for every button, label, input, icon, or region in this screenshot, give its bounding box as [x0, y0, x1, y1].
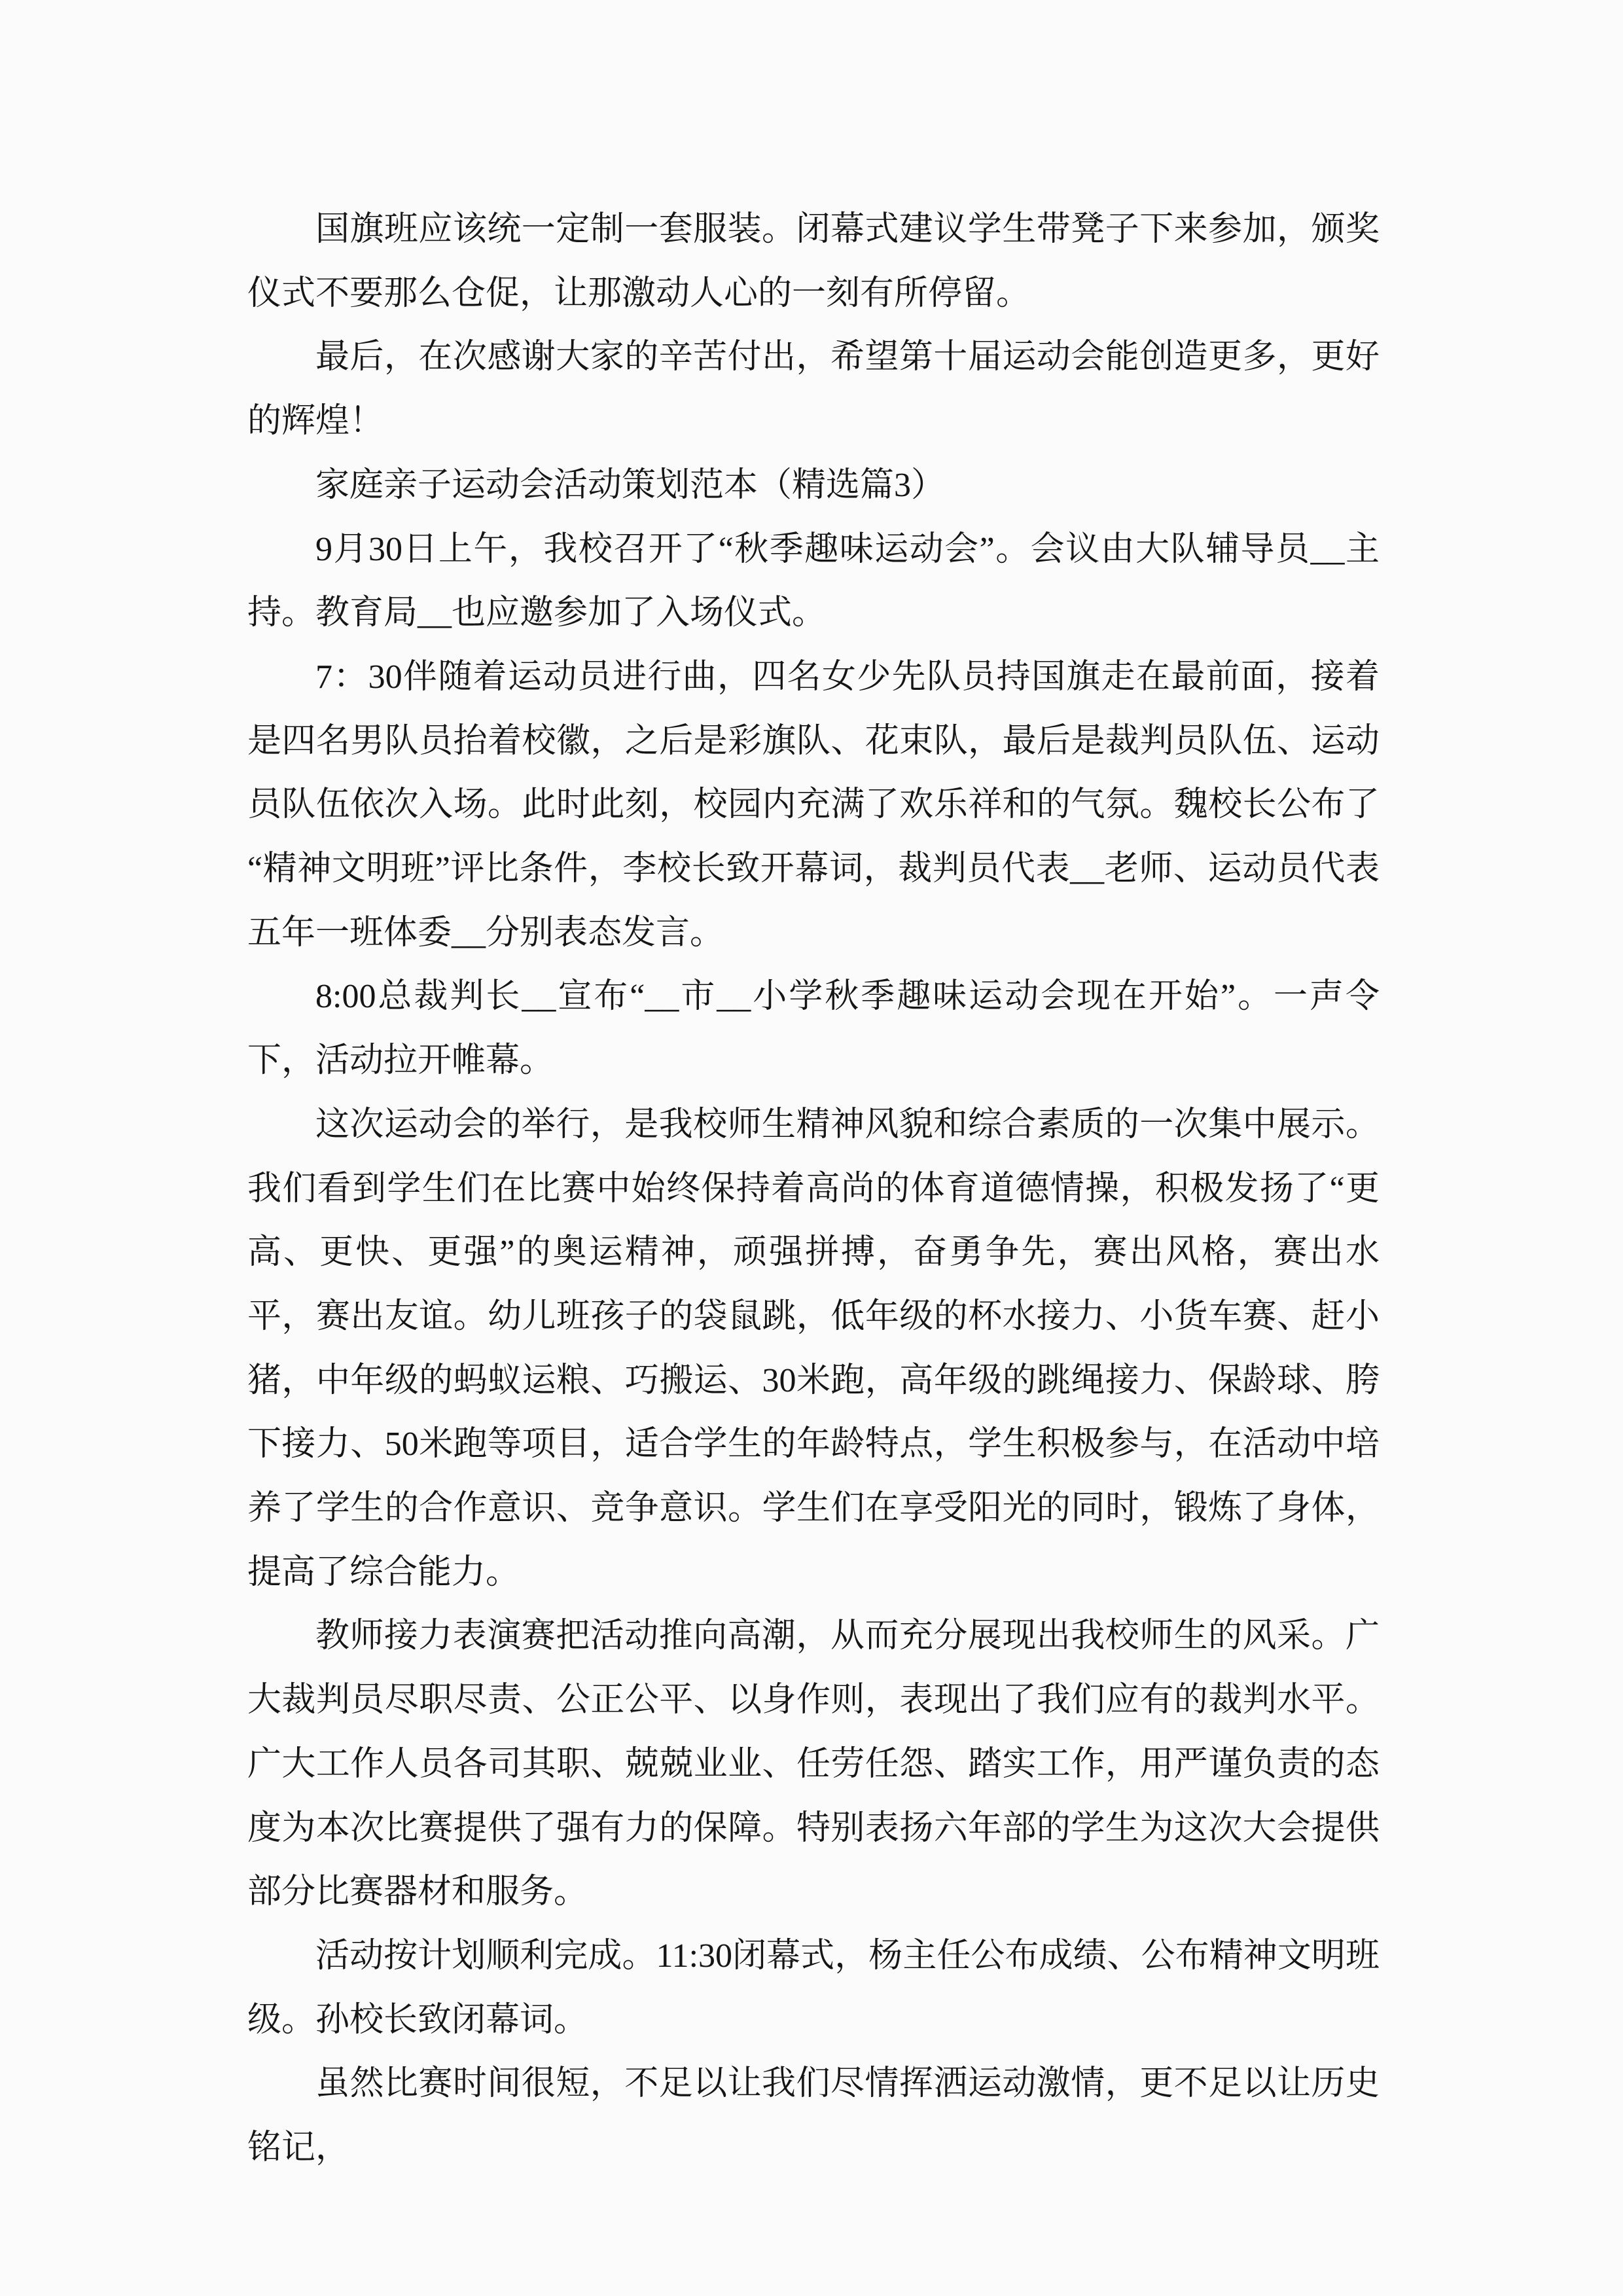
paragraph-events-summary: 这次运动会的举行，是我校师生精神风貌和综合素质的一次集中展示。我们看到学生们在比…	[247, 1093, 1380, 1605]
paragraph-closing-ceremony: 活动按计划顺利完成。11:30闭幕式，杨主任公布成绩、公布精神文明班级。孙校长致…	[247, 1924, 1380, 2052]
paragraph-thanks: 最后，在次感谢大家的辛苦付出，希望第十届运动会能创造更多，更好的辉煌！	[247, 325, 1380, 453]
paragraph-closing-suggestion: 国旗班应该统一定制一套服装。闭幕式建议学生带凳子下来参加，颁奖仪式不要那么仓促，…	[247, 198, 1380, 325]
paragraph-section-title: 家庭亲子运动会活动策划范本（精选篇3）	[247, 454, 1380, 518]
document-page: 国旗班应该统一定制一套服装。闭幕式建议学生带凳子下来参加，颁奖仪式不要那么仓促，…	[0, 0, 1623, 2296]
paragraph-final-remarks: 虽然比赛时间很短，不足以让我们尽情挥洒运动激情，更不足以让历史铭记，	[247, 2052, 1380, 2179]
paragraph-meeting-open: 9月30日上午，我校召开了“秋季趣味运动会”。会议由大队辅导员__主持。教育局_…	[247, 518, 1380, 645]
paragraph-start-announcement: 8:00总裁判长__宣布“__市__小学秋季趣味运动会现在开始”。一声令下，活动…	[247, 965, 1380, 1092]
paragraph-entrance-ceremony: 7：30伴随着运动员进行曲，四名女少先队员持国旗走在最前面，接着是四名男队员抬着…	[247, 645, 1380, 965]
paragraph-teachers-and-staff: 教师接力表演赛把活动推向高潮，从而充分展现出我校师生的风采。广大裁判员尽职尽责、…	[247, 1604, 1380, 1924]
